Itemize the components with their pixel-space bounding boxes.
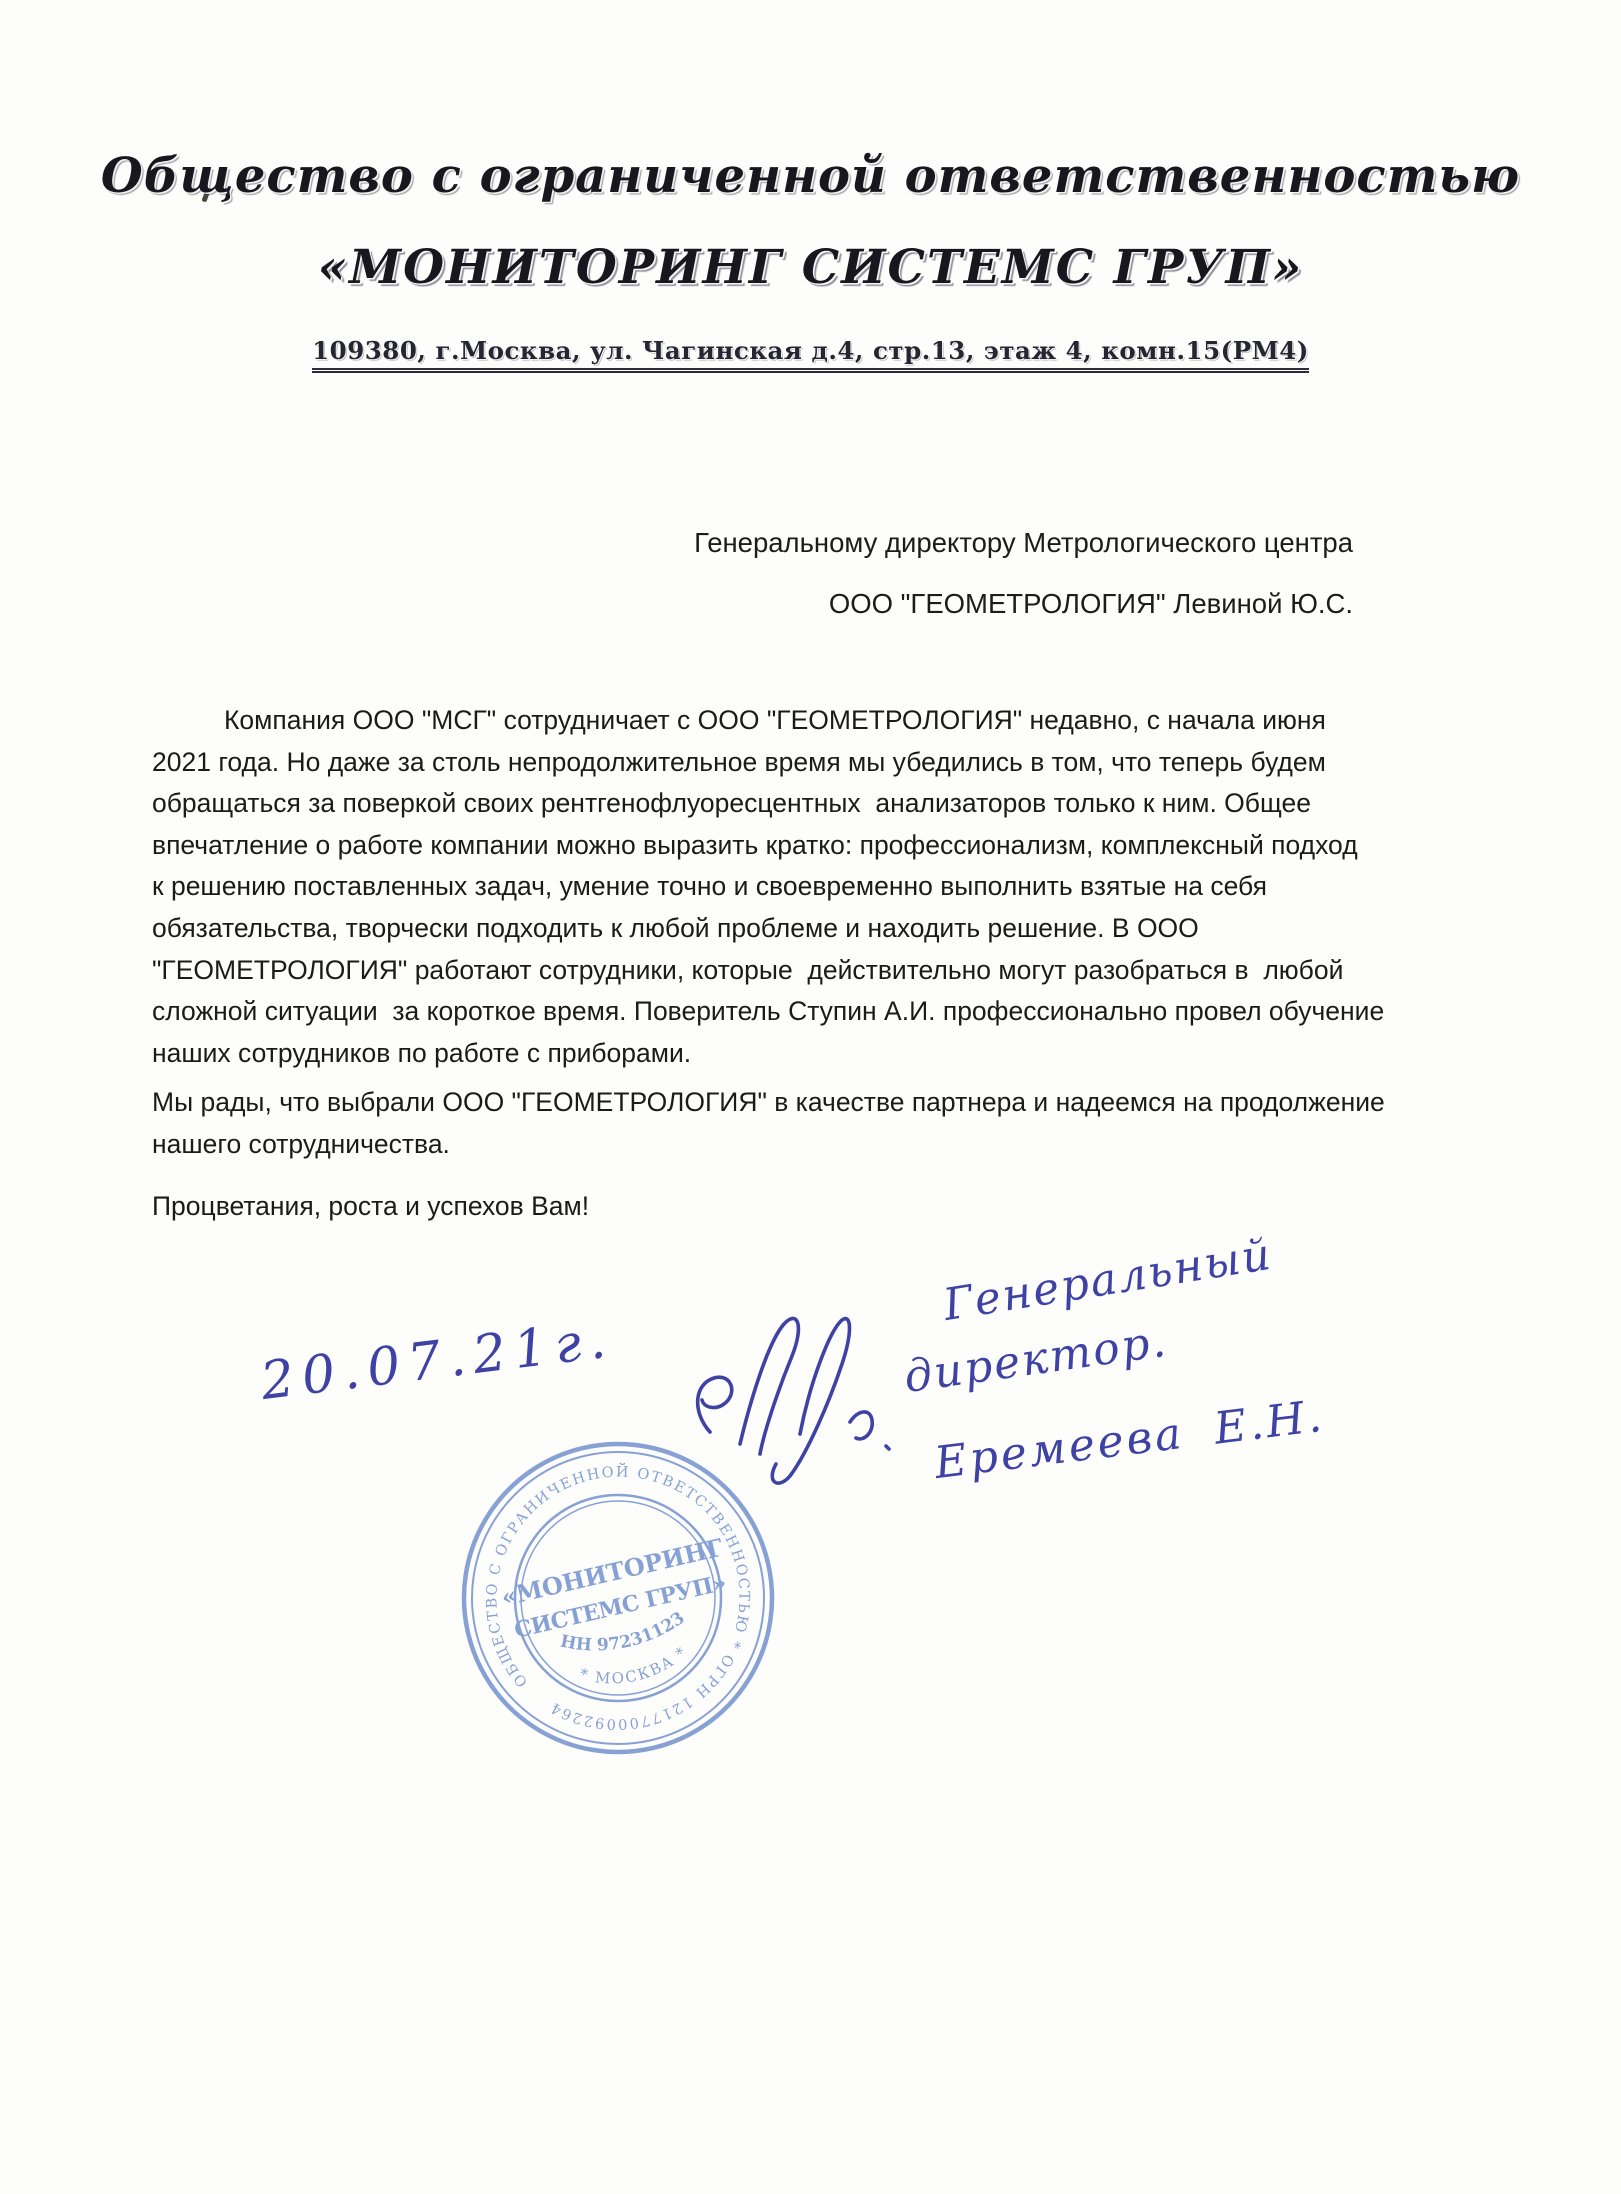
- company-round-stamp: ОБЩЕСТВО С ОГРАНИЧЕННОЙ ОТВЕТСТВЕННОСТЬЮ…: [448, 1428, 788, 1768]
- letterhead-org-type: Общество с ограниченной ответственностью: [0, 148, 1621, 204]
- recipient-block: Генеральному директору Метрологического …: [694, 512, 1353, 634]
- handwritten-date: 20.07.21г.: [258, 1309, 617, 1412]
- letterhead-address-row: 109380, г.Москва, ул. Чагинская д.4, стр…: [0, 336, 1621, 373]
- letter-page: Общество с ограниченной ответственностью…: [0, 0, 1621, 2194]
- letter-paragraph-1: Компания ООО "МСГ" сотрудничает с ООО "Г…: [152, 700, 1384, 1074]
- recipient-line-1: Генеральному директору Метрологического …: [694, 512, 1353, 573]
- recipient-line-2: ООО "ГЕОМЕТРОЛОГИЯ" Левиной Ю.С.: [694, 573, 1353, 634]
- letterhead-address: 109380, г.Москва, ул. Чагинская д.4, стр…: [312, 336, 1309, 373]
- handwritten-title-line-1: Генеральный: [940, 1229, 1276, 1331]
- handwritten-signed-name: Еремеева Е.Н.: [932, 1391, 1327, 1489]
- handwritten-title-line-2: директор.: [901, 1316, 1171, 1403]
- letter-paragraph-2: Мы рады, что выбрали ООО "ГЕОМЕТРОЛОГИЯ"…: [152, 1082, 1385, 1165]
- letterhead-company-name: «МОНИТОРИНГ СИСТЕМС ГРУП»: [0, 240, 1621, 295]
- letter-paragraph-3: Процветания, роста и успехов Вам!: [152, 1186, 589, 1228]
